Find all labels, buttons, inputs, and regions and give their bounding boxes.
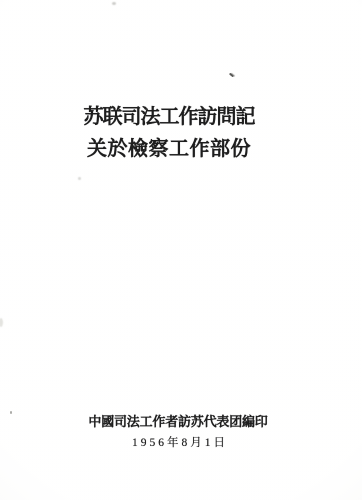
publication-date-line: 1956年8月1日 <box>0 434 361 450</box>
publisher-line: 中國司法工作者訪苏代表团編印 <box>0 411 359 430</box>
scan-speck <box>112 2 116 5</box>
scan-speck <box>10 411 12 414</box>
scan-speck <box>0 318 3 327</box>
document-title-line-1: 苏联司法工作訪問記 <box>0 100 350 129</box>
scan-speck <box>78 177 81 180</box>
document-title-line-2: 关於檢察工作部份 <box>0 132 350 161</box>
ink-tick-mark <box>229 73 234 78</box>
scanned-document-page: 苏联司法工作訪問記 关於檢察工作部份 中國司法工作者訪苏代表团編印 1956年8… <box>0 0 362 500</box>
